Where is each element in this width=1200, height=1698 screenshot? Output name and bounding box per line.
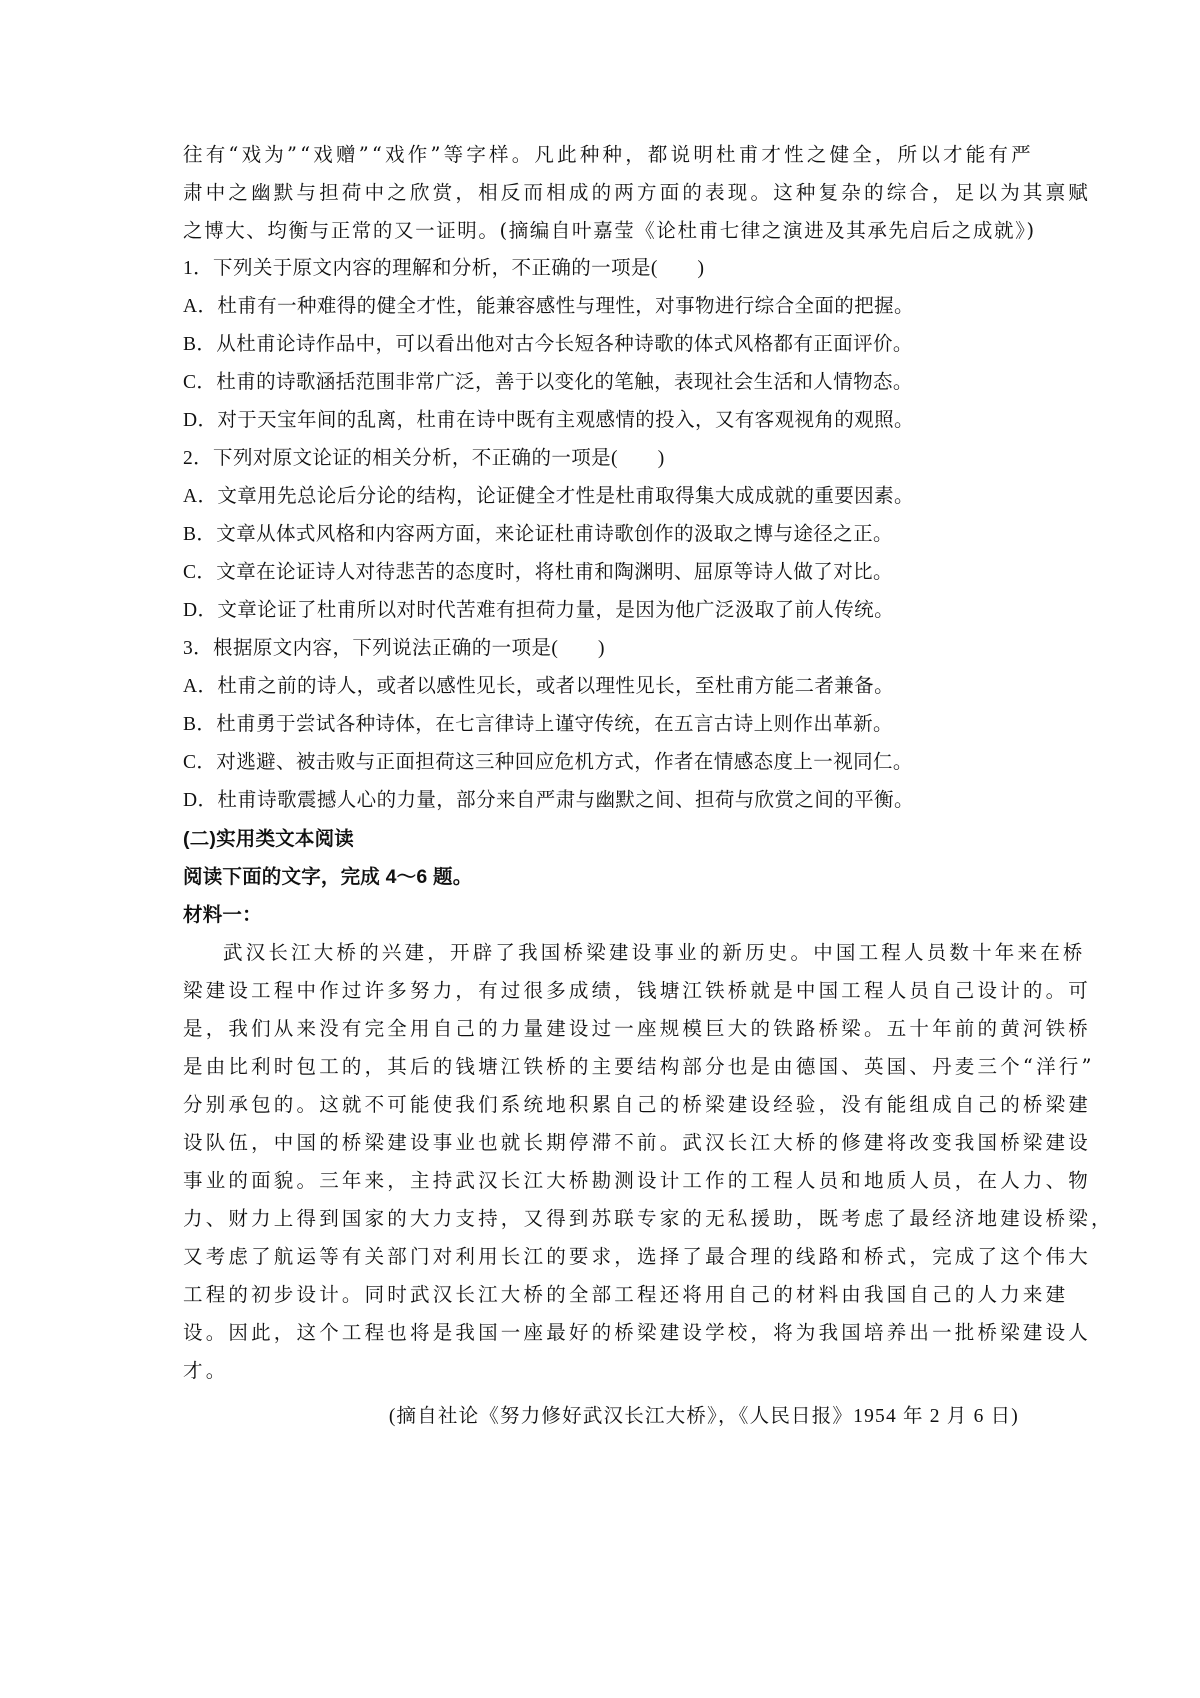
document-page: 往有“戏为”“戏赠”“戏作”等字样。凡此种种，都说明杜甫才性之健全，所以才能有严… <box>183 136 1019 1436</box>
section-instruction: 阅读下面的文字，完成 4～6 题。 <box>183 858 1019 896</box>
question-1: 1．下列关于原文内容的理解和分析，不正确的一项是( ) A．杜甫有一种难得的健全… <box>183 250 1019 440</box>
paragraph-line: 是由比利时包工的，其后的钱塘江铁桥的主要结构部分也是由德国、英国、丹麦三个“洋行… <box>183 1048 1019 1086</box>
question-stem: 2．下列对原文论证的相关分析，不正确的一项是( ) <box>183 440 1019 478</box>
section-two: (二)实用类文本阅读 阅读下面的文字，完成 4～6 题。 材料一： 武汉长江大桥… <box>183 820 1019 1436</box>
question-stem: 1．下列关于原文内容的理解和分析，不正确的一项是( ) <box>183 250 1019 288</box>
option-d: D．杜甫诗歌震撼人心的力量，部分来自严肃与幽默之间、担荷与欣赏之间的平衡。 <box>183 782 1019 820</box>
passage-line: 往有“戏为”“戏赠”“戏作”等字样。凡此种种，都说明杜甫才性之健全，所以才能有严 <box>183 136 1019 174</box>
passage-one-tail: 往有“戏为”“戏赠”“戏作”等字样。凡此种种，都说明杜甫才性之健全，所以才能有严… <box>183 136 1019 250</box>
question-3: 3．根据原文内容，下列说法正确的一项是( ) A．杜甫之前的诗人，或者以感性见长… <box>183 630 1019 820</box>
option-d: D．对于天宝年间的乱离，杜甫在诗中既有主观感情的投入，又有客观视角的观照。 <box>183 402 1019 440</box>
option-c: C．文章在论证诗人对待悲苦的态度时，将杜甫和陶渊明、屈原等诗人做了对比。 <box>183 554 1019 592</box>
option-c: C．杜甫的诗歌涵括范围非常广泛，善于以变化的笔触，表现社会生活和人情物态。 <box>183 364 1019 402</box>
option-a: A．杜甫有一种难得的健全才性，能兼容感性与理性，对事物进行综合全面的把握。 <box>183 288 1019 326</box>
material-label: 材料一： <box>183 896 1019 934</box>
paragraph-line: 事业的面貌。三年来，主持武汉长江大桥勘测设计工作的工程人员和地质人员，在人力、物 <box>183 1162 1019 1200</box>
paragraph-line: 梁建设工程中作过许多努力，有过很多成绩，钱塘江铁桥就是中国工程人员自己设计的。可 <box>183 972 1019 1010</box>
option-d: D．文章论证了杜甫所以对时代苦难有担荷力量，是因为他广泛汲取了前人传统。 <box>183 592 1019 630</box>
paragraph-line-last: 才。 <box>183 1352 1019 1390</box>
option-a: A．文章用先总论后分论的结构，论证健全才性是杜甫取得集大成成就的重要因素。 <box>183 478 1019 516</box>
option-b: B．杜甫勇于尝试各种诗体，在七言律诗上谨守传统，在五言古诗上则作出革新。 <box>183 706 1019 744</box>
paragraph-line: 力、财力上得到国家的大力支持，又得到苏联专家的无私援助，既考虑了最经济地建设桥梁… <box>183 1200 1019 1238</box>
paragraph-line: 分别承包的。这就不可能使我们系统地积累自己的桥梁建设经验，没有能组成自己的桥梁建 <box>183 1086 1019 1124</box>
question-stem: 3．根据原文内容，下列说法正确的一项是( ) <box>183 630 1019 668</box>
paragraph-line: 设。因此，这个工程也将是我国一座最好的桥梁建设学校，将为我国培养出一批桥梁建设人 <box>183 1314 1019 1352</box>
paragraph-line: 又考虑了航运等有关部门对利用长江的要求，选择了最合理的线路和桥式，完成了这个伟大 <box>183 1238 1019 1276</box>
passage-line: 肃中之幽默与担荷中之欣赏，相反而相成的两方面的表现。这种复杂的综合，足以为其禀赋 <box>183 174 1019 212</box>
paragraph-line: 武汉长江大桥的兴建，开辟了我国桥梁建设事业的新历史。中国工程人员数十年来在桥 <box>183 934 1019 972</box>
option-b: B．文章从体式风格和内容两方面，来论证杜甫诗歌创作的汲取之博与途径之正。 <box>183 516 1019 554</box>
paragraph-line: 设队伍，中国的桥梁建设事业也就长期停滞不前。武汉长江大桥的修建将改变我国桥梁建设 <box>183 1124 1019 1162</box>
material-one-paragraph: 武汉长江大桥的兴建，开辟了我国桥梁建设事业的新历史。中国工程人员数十年来在桥 梁… <box>183 934 1019 1390</box>
passage-line-with-source: 之博大、均衡与正常的又一证明。(摘编自叶嘉莹《论杜甫七律之演进及其承先启后之成就… <box>183 212 1019 250</box>
paragraph-line: 工程的初步设计。同时武汉长江大桥的全部工程还将用自己的材料由我国自己的人力来建 <box>183 1276 1019 1314</box>
option-a: A．杜甫之前的诗人，或者以感性见长，或者以理性见长，至杜甫方能二者兼备。 <box>183 668 1019 706</box>
question-2: 2．下列对原文论证的相关分析，不正确的一项是( ) A．文章用先总论后分论的结构… <box>183 440 1019 630</box>
section-heading: (二)实用类文本阅读 <box>183 820 1019 858</box>
option-b: B．从杜甫论诗作品中，可以看出他对古今长短各种诗歌的体式风格都有正面评价。 <box>183 326 1019 364</box>
paragraph-line: 是，我们从来没有完全用自己的力量建设过一座规模巨大的铁路桥梁。五十年前的黄河铁桥 <box>183 1010 1019 1048</box>
source-citation: (摘自社论《努力修好武汉长江大桥》，《人民日报》1954 年 2 月 6 日) <box>183 1398 1019 1436</box>
option-c: C．对逃避、被击败与正面担荷这三种回应危机方式，作者在情感态度上一视同仁。 <box>183 744 1019 782</box>
